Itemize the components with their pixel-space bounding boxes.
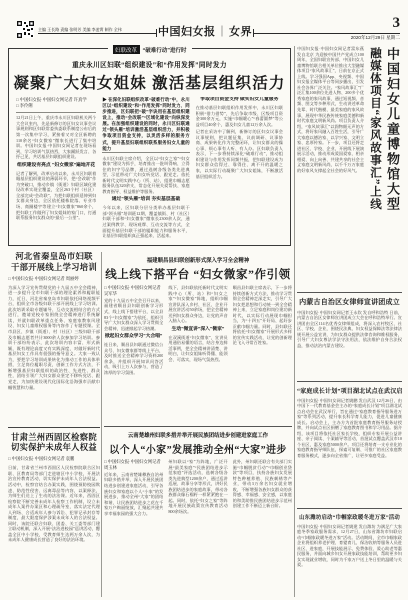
byline-block: □ 中国妇女报·中国妇女网记者 许真学 □ 李伶俐 [16, 97, 96, 113]
body-text: 中国妇女报·中国妇女网记者姚鹏 发自武汉 12月26日，由中国下一代教育基金会主… [297, 398, 402, 504]
byline: □ 中国妇女报·中国妇女网记者 吴军华 [104, 285, 163, 298]
column-divider [101, 252, 102, 597]
page-date: 2020年12月29日 星期二 [351, 35, 400, 41]
section-name: 女界 [229, 26, 252, 38]
column-divider [294, 46, 295, 597]
headline-line: 甘肃兰州西固区检察院 [8, 433, 100, 444]
article-kicker: 云南楚雄州妇联多措并举开展民族团结进步创建进家庭工作 [104, 431, 292, 439]
article-fujian-weijia: 福建顺昌县妇联创新形式深入学习全会精神 线上线下搭平台 “妇女微家”作引领 □ … [104, 252, 292, 424]
article-shandong-jiazheng: 山东潍坊启动“巾帼家政暖冬进万家”活动 中国妇女报·中国妇女网记者姚建 发自潍坊… [297, 508, 402, 597]
subheading: 通过“领头雁”培训 夯实基层基础 [102, 197, 189, 203]
left-column: 河北省秦皇岛市妇联 干部开展线上学习培训 □ 中国妇女报·中国妇女网记者 周丽婷… [8, 252, 100, 597]
body-text: 在双溪街道“妇女微家”，宣讲员用通俗易懂的语言，结合身边鲜活事例，把全会精神讲清… [168, 335, 227, 363]
main-article: 妇联改革 “破难行动”进行时 重庆永川区妇联“组织建设”和“作用发挥”同时发力 … [8, 48, 291, 246]
article-yunnan-chuxiong: 云南楚雄州妇联多措并举开展民族团结进步创建进家庭工作 以个人“小家”发展推动全州… [104, 426, 292, 597]
body-text: 州妇联以“家”为阵地，广泛开展“最美家庭”“民族团结进步示范家庭”评选活动，选树… [168, 459, 227, 514]
headline-line: 中国妇女儿童博物馆大型 [383, 47, 402, 289]
article-headline: “家庭成长计划”项目湖北试点在武汉启动 [297, 386, 402, 395]
article-headline: 内蒙古自治区女律师宣讲团成立 [297, 297, 402, 307]
masthead-separator: ｜ [216, 26, 230, 38]
headline-line: 干部开展线上学习培训 [8, 263, 100, 274]
editor-credits: 主编 王长路 责编 张明芳 美编 李凌霄 制作 全伟 [38, 27, 156, 33]
main-headline: 凝聚广大妇女姐妹 激活基层组织活力 [9, 71, 290, 93]
body-text: 永川区妇联主席介绍，全区以“妇女之家”“妇女微家”建设为抓手，培育推出一批叫得响… [102, 156, 189, 195]
body-text: 记者在采访中了解到，新修订的区妇女议事会议事规则，把议题征集、议前调研、议事协商… [196, 129, 283, 179]
article-headline: 山东潍坊启动“巾帼家政暖冬进万家”活动 [297, 513, 402, 521]
article-kicker: 福建顺昌县妇联创新形式深入学习全会精神 [104, 256, 292, 264]
subheading: 组织建设有亮点 “妇女微家”遍地开花 [16, 163, 96, 169]
article-columns: □ 中国妇女报·中国妇女网记者 吴军华 党的十九届五中全会召开以来，福建省顺昌县… [104, 285, 292, 405]
article-headline: 甘肃兰州西固区检察院 切实保护未成年人权益 [8, 433, 100, 454]
body-text: 中国妇女报·中国妇女网记者富东燕 发自北京 为迎接中国共产党成立100周年，全国… [297, 46, 364, 289]
byline: □ 中国妇女报·中国妇女网记者 周丽婷 [8, 276, 100, 282]
body-text: 记者了解到，改革启动以来，永川区妇联着眼基层组织建设的薄弱环节，把“会改联”作为… [16, 171, 96, 221]
article-hubei-family-plan: “家庭成长计划”项目湖北试点在武汉启动 中国妇女报·中国妇女网记者姚鹏 发自武汉… [297, 381, 402, 505]
body-column: □ 中国妇女报·中国妇女网记者 吴军华 党的十九届五中全会召开以来，福建省顺昌县… [104, 285, 163, 405]
body-column: 州妇联以“家”为阵地，广泛开展“最美家庭”“民族团结进步示范家庭”评选活动，选树… [168, 459, 227, 571]
subheading: 争取项目资金支持 做实妇女儿童服务 [196, 97, 283, 103]
body-column: ▶ 在深化妇联组织改革“破难行动”中，永川区以“组织建设”和“作用发挥”同时发力… [102, 97, 189, 241]
article-gansu-procuratorate: 甘肃兰州西固区检察院 切实保护未成年人权益 □ 中国妇女报·中国妇女网记者 袁鹏… [8, 427, 100, 576]
body-text: 线下，县妇联依托新时代文明实践中心（所、站）和“妇女之家”“妇女微家”阵地，组织… [168, 285, 227, 324]
masthead: 中国妇女报｜女界 [157, 23, 253, 39]
main-kicker: 重庆永川区妇联“组织建设”和“作用发挥”同时发力 [9, 59, 290, 69]
body-text: 日前，甘肃省兰州市西固区人民检察院联合区妇联、区教育局等部门走进辖区中小学校，开… [8, 465, 100, 575]
right-column: 中国妇女报·中国妇女网记者富东燕 发自北京 为迎接中国共产党成立100周年，全国… [297, 46, 402, 597]
article-hebei-training: 河北省秦皇岛市妇联 干部开展线上学习培训 □ 中国妇女报·中国妇女网记者 周丽婷… [8, 252, 100, 423]
body-text: 中国妇女报·中国妇女网记者姚建 发自潍坊 为满足广大家庭冬季家政服务需求，12月… [297, 524, 402, 598]
header-tick-right [253, 29, 254, 37]
body-text: 中国妇女报·中国妇女网记者王永钦 发自呼和浩特 日前，内蒙古自治区女律师宣讲团成… [297, 310, 402, 378]
qr-code-icon [17, 21, 34, 38]
body-column: 此外，州妇联还联合有关部门实施“巾帼脱贫行动”“巾帼创业贷款”等项目，扶持各族妇… [233, 459, 292, 571]
page-number: 3 [393, 15, 401, 32]
body-text: 近年来，云南省楚雄彝族自治州妇联多措并举，深入开展民族团结进步创建进家庭活动，引… [104, 472, 163, 516]
article-headline: 以个人“小家”发展推动全州“大家”进步 [104, 441, 292, 456]
masthead-title: 中国妇女报 [158, 26, 216, 38]
body-text: 顺昌县妇联主席表示，下一步将持续创新方式方法，推动学习贯彻全会精神走深走实，引导… [233, 285, 292, 346]
article-headline: 线上线下搭平台 “妇女微家”作引领 [104, 266, 292, 282]
column-tag: 妇联改革 [112, 45, 139, 54]
main-article-body: □ 中国妇女报·中国妇女网记者 许真学 □ 李伶俐 12月21日上午，重庆市永川… [9, 93, 290, 241]
subheading: 掀起妇女群众学习“大合唱” [104, 334, 163, 340]
byline: □ 中国妇女报·中国妇女网记者 袁鹏 [8, 456, 100, 462]
header-rule-right [253, 33, 400, 34]
body-text: 党的十九届五中全会召开以来，福建省顺昌县妇联创新学习形式，线上线下搭建平台，以全… [104, 298, 163, 331]
body-column: □ 中国妇女报·中国妇女网记者 许真学 □ 李伶俐 12月21日上午，重庆市永川… [16, 97, 96, 241]
body-column: 线下，县妇联依托新时代文明实践中心（所、站）和“妇女之家”“妇女微家”阵地，组织… [168, 285, 227, 405]
body-text: 在推动基层妇联组织作用发挥中，永川区妇联积极“借力借势”，先后争取市级、区级项目… [196, 105, 283, 127]
subheading: 生动“微宣讲”深入“微家” [168, 327, 227, 333]
body-column: □ 中国妇女报·中国妇女网记者 周玉林 近年来，云南省楚雄彝族自治州妇联多措并举… [104, 459, 163, 571]
article-neimenggu-lawyers: 内蒙古自治区女律师宣讲团成立 中国妇女报·中国妇女网记者王永钦 发自呼和浩特 日… [297, 292, 402, 378]
byline: □ 李伶俐 [16, 103, 96, 109]
headline-line: 融媒体项目“家风故事汇”上线 [367, 47, 383, 289]
article-headline: 河北省秦皇岛市妇联 干部开展线上学习培训 [8, 252, 100, 273]
column-banner: 妇联改革 “破难行动”进行时 [107, 45, 191, 54]
article-columns: □ 中国妇女报·中国妇女网记者 周玉林 近年来，云南省楚雄彝族自治州妇联多措并举… [104, 459, 292, 571]
lead-paragraph: ▶ 在深化妇联组织改革“破难行动”中，永川区以“组织建设”和“作用发挥”同时发力… [102, 97, 189, 153]
body-text: 连日来，顺昌县妇联通过微信公众号、妇女微家群等线上平台，及时推送全会精神学习资料… [104, 342, 163, 375]
body-text: 今年以来，区妇联分层分类举办基层妇联干部“领头雁”培训班12期，覆盖镇街、村（社… [102, 205, 189, 238]
byline: □ 中国妇女报·中国妇女网记者 周玉林 [104, 459, 163, 472]
newspaper-page: 主编 王长路 责编 张明芳 美编 李凌霄 制作 全伟 中国妇女报｜女界 3 20… [0, 0, 408, 600]
body-text: 12月21日上午，重庆市永川区妇联机关两个大会议室内，先是新修订的区妇女议事会议… [16, 115, 96, 159]
headline-line: 切实保护未成年人权益 [8, 443, 100, 454]
body-column: 争取项目资金支持 做实妇女儿童服务 在推动基层妇联组织作用发挥中，永川区妇联积极… [196, 97, 283, 241]
headline-line: 河北省秦皇岛市妇联 [8, 252, 100, 263]
body-text: 为深入学习宣传贯彻党的十九届五中全会精神，进一步提升全市妇联干部的理论素养和履职… [8, 285, 100, 423]
article-museum-jiafeng: 中国妇女报·中国妇女网记者富东燕 发自北京 为迎接中国共产党成立100周年，全国… [297, 46, 402, 289]
body-text: 此外，州妇联还联合有关部门实施“巾帼脱贫行动”“巾帼创业贷款”等项目，扶持各族妇… [233, 459, 292, 509]
header-rule-left [38, 33, 156, 34]
column-tag-suffix: “破难行动”进行时 [143, 46, 187, 54]
vertical-headline: 中国妇女儿童博物馆大型 融媒体项目“家风故事汇”上线 [367, 46, 402, 289]
body-column: 顺昌县妇联主席表示，下一步将持续创新方式方法，推动学习贯彻全会精神走深走实，引导… [233, 285, 292, 405]
